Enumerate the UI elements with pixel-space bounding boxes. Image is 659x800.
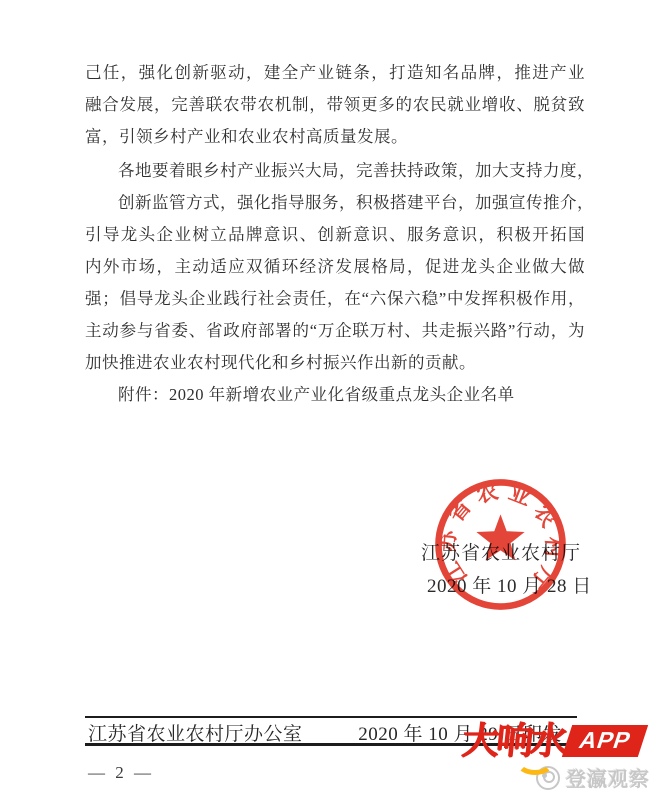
scanned-document-page: 己任，强化创新驱动，建全产业链条，打造知名品牌，推进产业 融合发展，完善联农带农… (0, 0, 659, 800)
body-line-3: 富，引领乡村产业和农业农村高质量发展。 (85, 121, 585, 153)
official-seal: 江苏省农业农村厅 (430, 470, 571, 619)
channel-name: 登瀛观察 (566, 763, 650, 792)
attachment-line: 附件：2020 年新增农业产业化省级重点龙头企业名单 (85, 379, 585, 411)
body-line-2: 融合发展，完善联农带农机制，带领更多的农民就业增收、脱贫致 (85, 89, 585, 121)
watermark-channel: 登瀛观察 (536, 763, 650, 792)
watermark-brand: 大响水 APP (462, 722, 643, 759)
body-line-8: 强；倡导龙头企业践行社会责任，在“六保六稳”中发挥积极作用， (85, 283, 585, 315)
body-line-7: 内外市场，主动适应双循环经济发展格局，促进龙头企业做大做 (85, 251, 585, 283)
body-line-1: 己任，强化创新驱动，建全产业链条，打造知名品牌，推进产业 (85, 57, 585, 89)
footer-issuer: 江苏省农业农村厅办公室 (88, 719, 303, 746)
body-line-4: 各地要着眼乡村产业振兴大局，完善扶持政策，加大支持力度， (85, 155, 585, 187)
body-line-9: 主动参与省委、省政府部署的“万企联万村、共走振兴路”行动，为 (85, 315, 585, 347)
smile-arc-icon (516, 749, 554, 775)
document-body: 己任，强化创新驱动，建全产业链条，打造知名品牌，推进产业 融合发展，完善联农带农… (85, 57, 585, 411)
seal-star-icon (476, 514, 524, 560)
body-line-6: 引导龙头企业树立品牌意识、创新意识、服务意识，积极开拓国 (85, 219, 585, 251)
body-line-5: 创新监管方式，强化指导服务，积极搭建平台，加强宣传推介， (85, 187, 585, 219)
page-number: — 2 — (88, 763, 154, 783)
watermark-app-badge: APP (562, 725, 649, 757)
body-line-10: 加快推进农业农村现代化和乡村振兴作出新的贡献。 (85, 347, 585, 379)
footer-rule-top (85, 716, 577, 718)
